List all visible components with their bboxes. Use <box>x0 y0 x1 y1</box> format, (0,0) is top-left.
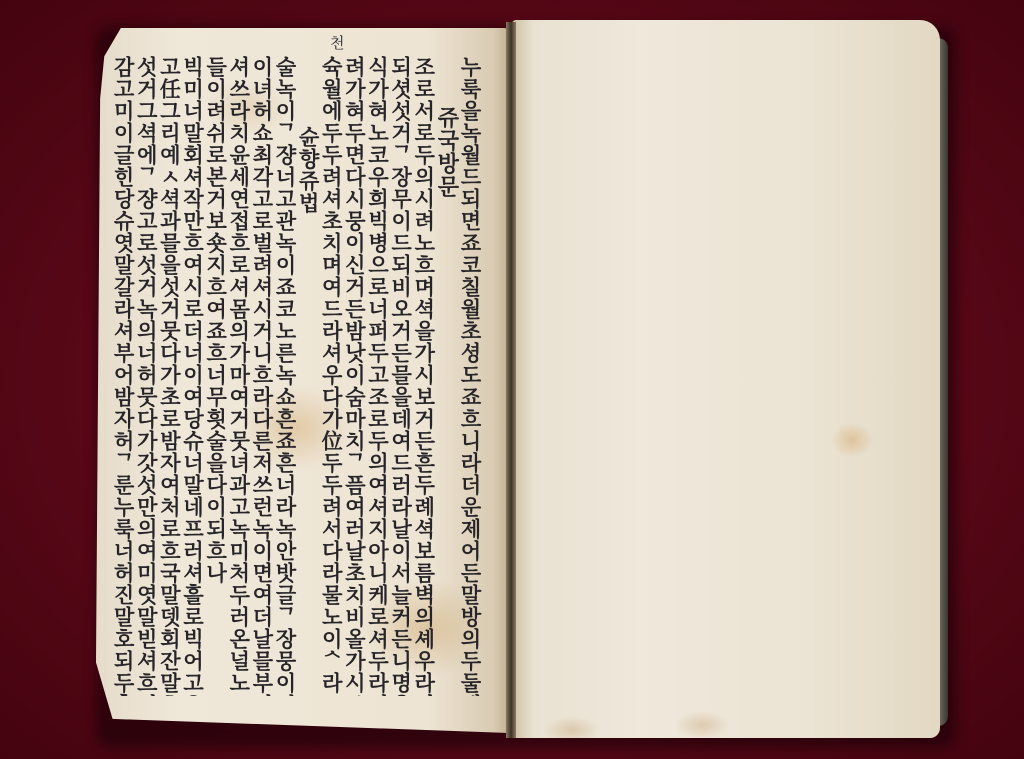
manuscript-column: 들이려쉬로본거보숏지흐여죠흐너무흿술을다이되흐나 <box>205 56 228 696</box>
page-mark: 천 <box>330 32 345 53</box>
manuscript-column: 이녀허쇼최각고로벌려셔시거니흐라다른저쓰런녹이면여더날믈부셔우리은후숑녀허 <box>251 56 274 696</box>
manuscript-column: 되셧섯거ᄀ장무이드되비오거든믈을데여드러라날이서늘커든니명을흔고셔너우러 <box>390 56 413 696</box>
recipe-title: 쥬국방문 <box>436 56 459 746</box>
open-manuscript-book: 천 누룩을녹월드되면죠코칠월초셩도죠흐니라더운제어든말방의두둘에서가혀노코 쥬국… <box>0 0 1024 759</box>
section-heading: 슌향쥬법 <box>297 56 320 759</box>
manuscript-columns: 누룩을녹월드되면죠코칠월초셩도죠흐니라더운제어든말방의두둘에서가혀노코 쥬국방문… <box>112 56 482 716</box>
manuscript-column: 조로서로두의시려노흐며셕을가시보거든흔두례셕보름벽의셰우라기늘끗되예물흔 <box>413 56 436 696</box>
manuscript-column: 식가혀노코우희빅병으로너퍼두고조로두의여셔지아니케로셔두라셔둔후에초로벼뫼여드 <box>366 56 389 696</box>
manuscript-column: 섯거그셕에ᄀ쟝고로섯거녹의너허뭇다가갓섯만의여미엿말빋셔흐며여그르셰갓다 <box>135 56 158 696</box>
manuscript-column: 고任그리예ㅅ셕과믈을섯거뭇다가초로밤자여처로흐국말뎃회잔말흐믜여ᄉ레흡 <box>158 56 181 696</box>
manuscript-column: 빅미너말회셔작만흐여시로더너이여당슈너말네프러셔흘로빅어고은너셩고믈곳 <box>181 56 204 696</box>
book-gutter <box>506 22 516 738</box>
manuscript-column: 감고미이글힌당슈엿말갈라셔부어밤자허ᄀ룬누룩너허진말호되두흡션의술을 <box>112 56 135 696</box>
manuscript-column: 슉월에두두려셔초치며여드라셔우다가位두두려서다라물노이ᄾ라 <box>320 56 343 696</box>
right-page-blank <box>512 20 940 738</box>
manuscript-column: 술녹이ᄀ쟝너고관녹이죠코노른녹쇼흔죠흔너라녹안밧글ᄀ장뭉이씨여쳥숑가비질만 <box>274 56 297 696</box>
manuscript-column: 누룩을녹월드되면죠코칠월초셩도죠흐니라더운제어든말방의두둘에서가혀노코 <box>459 56 482 696</box>
manuscript-column: 셔쓰라치윤세연접흐로셔몸의가마여거뭇녀과고녹미처두러온널노코녹을노흐면두 <box>228 56 251 696</box>
manuscript-column: 려가혀두면다시뭉이신거든밤낫이숨마치ᄀ픔여러날초치비올가시보거든드러라뭉샹시신 <box>343 56 366 696</box>
